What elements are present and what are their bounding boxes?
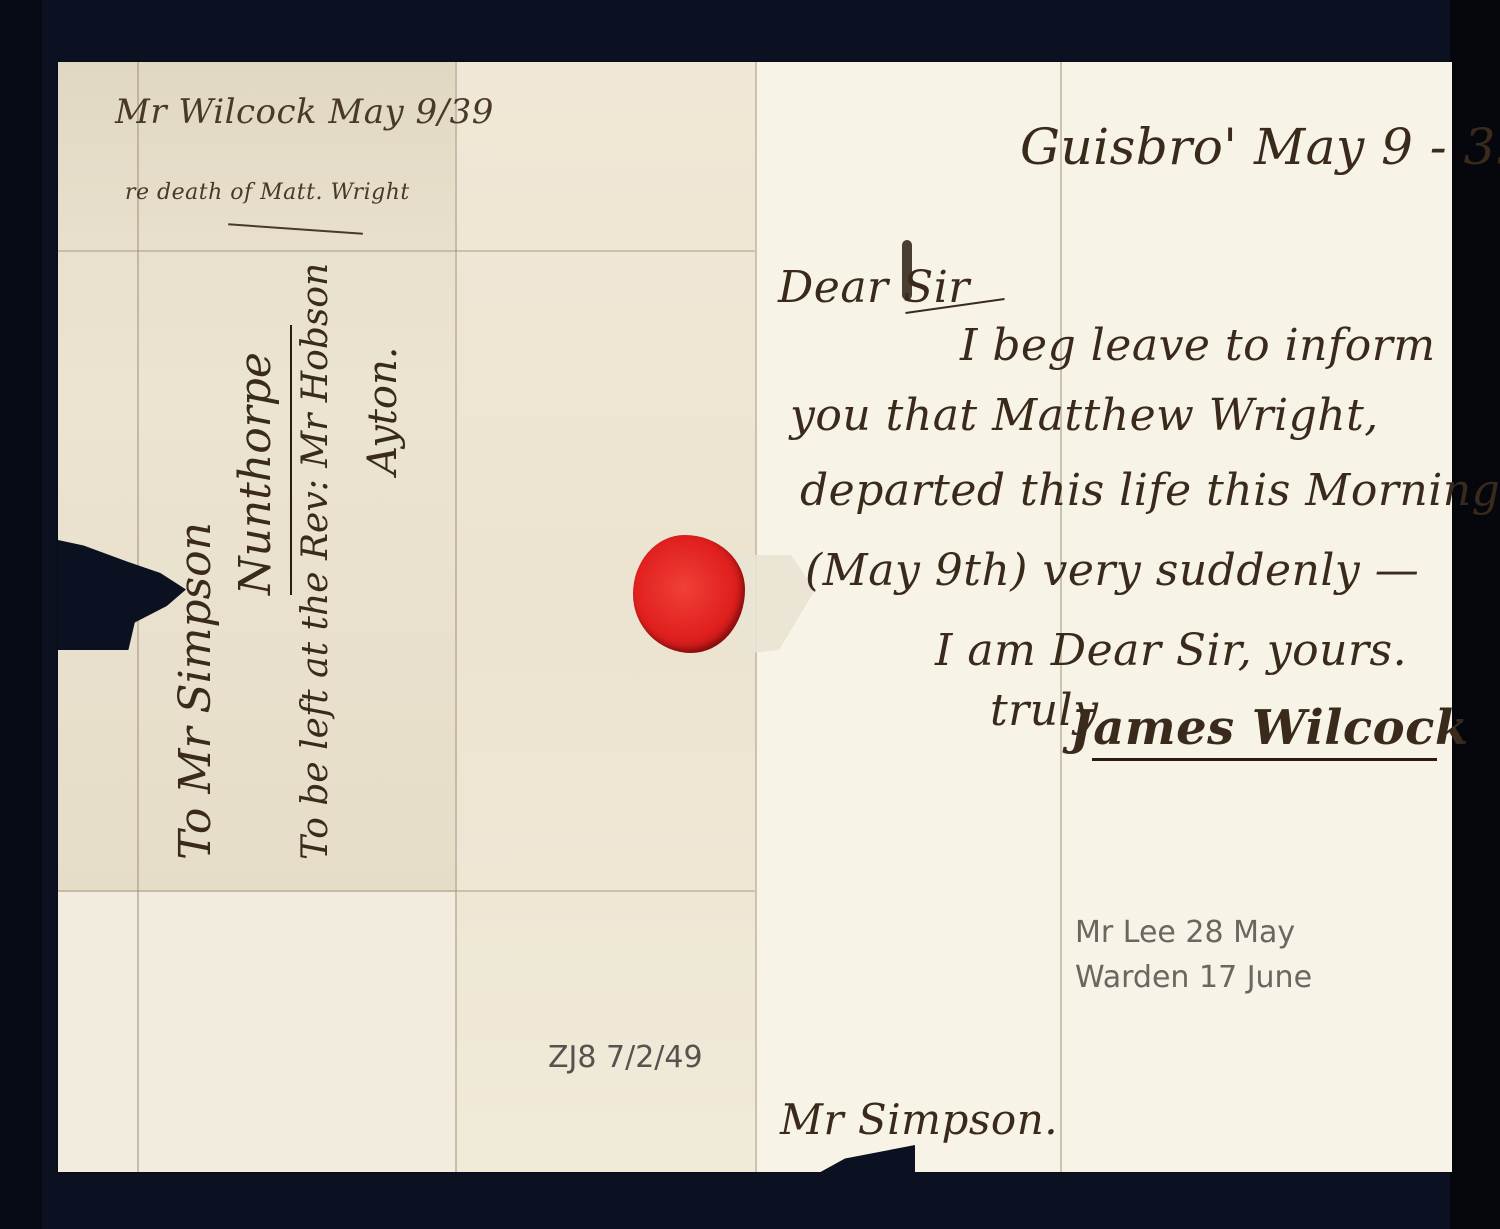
closing-line: I am Dear Sir, yours. <box>935 625 1407 676</box>
address-town: Ayton. <box>360 347 406 476</box>
fold-line <box>1060 62 1062 1172</box>
pencil-note: Warden 17 June <box>1075 960 1312 995</box>
background-left-edge <box>0 0 42 1229</box>
fold-line <box>58 890 755 892</box>
address-recipient: To Mr Simpson <box>170 522 221 860</box>
wax-seal <box>633 535 745 653</box>
bottom-left-panel <box>58 892 455 1172</box>
archive-reference: ZJ8 7/2/49 <box>548 1040 703 1075</box>
pencil-note: Mr Lee 28 May <box>1075 915 1295 950</box>
signature-underline <box>1092 758 1437 761</box>
docket-subject: re death of Matt. Wright <box>125 180 410 205</box>
addressee-footer: Mr Simpson. <box>780 1095 1058 1144</box>
dateline: Guisbro' May 9 - 39 <box>1020 118 1500 176</box>
body-line: you that Matthew Wright, <box>790 390 1379 441</box>
body-line: departed this life this Morning, <box>800 465 1500 516</box>
docket-title: Mr Wilcock May 9/39 <box>115 92 494 132</box>
salutation: Dear Sir <box>778 262 970 313</box>
body-line: I beg leave to inform <box>960 320 1436 371</box>
fold-line <box>455 62 457 1172</box>
body-line: (May 9th) very suddenly — <box>805 545 1419 596</box>
background-right-edge <box>1450 0 1500 1229</box>
fold-line <box>58 250 755 252</box>
signature: James Wilcock <box>1070 700 1469 756</box>
address-place: Nunthorpe <box>230 352 281 595</box>
letter-text-panel <box>755 62 1452 1172</box>
address-underline <box>290 325 292 595</box>
address-instruction: To be left at the Rev: Mr Hobson <box>295 263 336 860</box>
docket-panel <box>58 62 455 250</box>
